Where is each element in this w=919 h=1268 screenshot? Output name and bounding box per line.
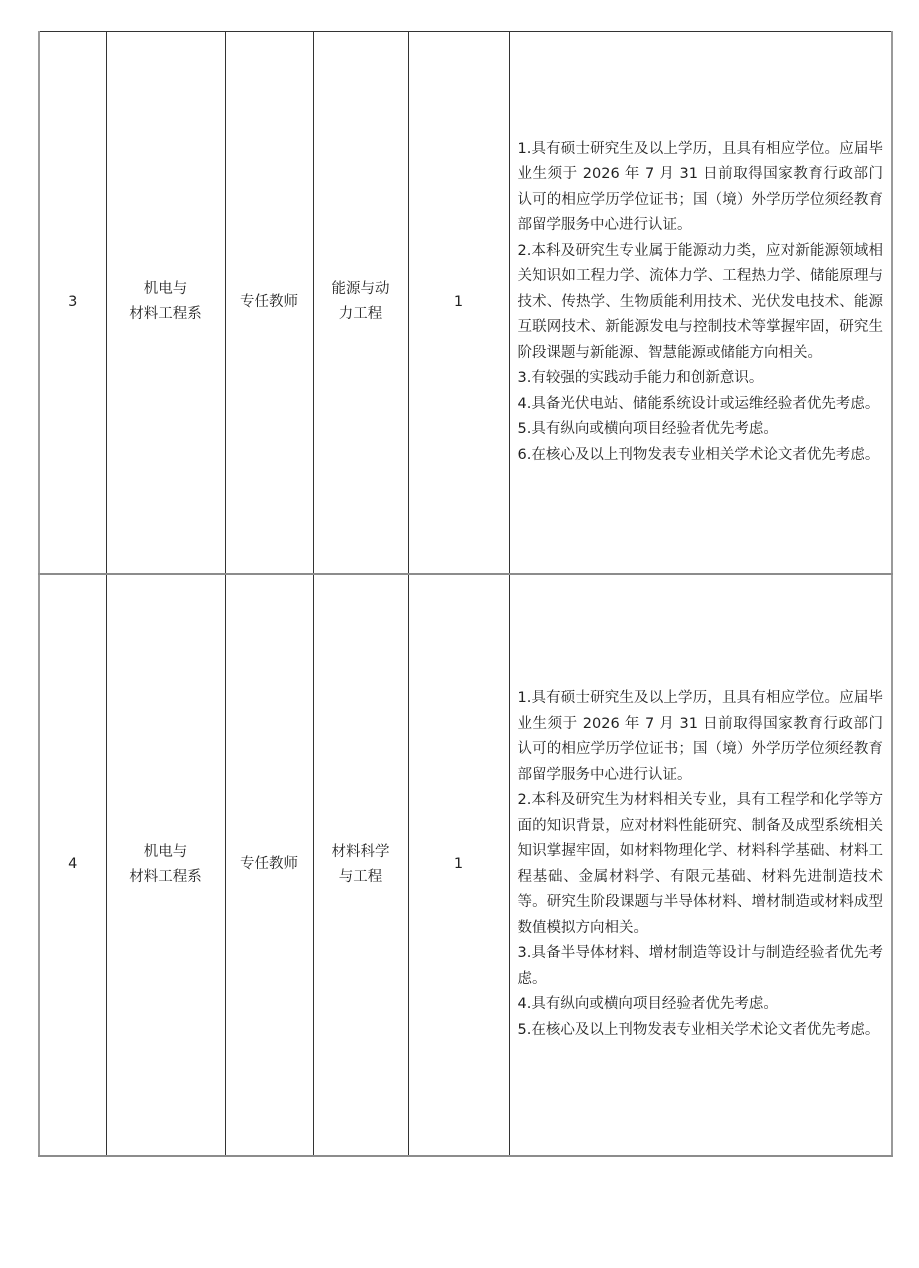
major-line: 力工程 (314, 302, 408, 327)
position-cell: 专任教师 (225, 32, 313, 574)
position-cell: 专任教师 (225, 574, 313, 1156)
requirement-item: 6.在核心及以上刊物发表专业相关学术论文者优先考虑。 (518, 443, 884, 469)
requirement-item: 2.本科及研究生专业属于能源动力类，应对新能源领域相关知识如工程力学、流体力学、… (518, 239, 884, 367)
requirement-item: 3.有较强的实践动手能力和创新意识。 (518, 366, 884, 392)
major-line: 材料科学 (314, 840, 408, 865)
major-cell: 能源与动 力工程 (313, 32, 408, 574)
requirement-item: 4.具有纵向或横向项目经验者优先考虑。 (518, 992, 884, 1018)
department-line: 机电与 (107, 840, 225, 865)
major-line: 与工程 (314, 865, 408, 890)
major-cell: 材料科学 与工程 (313, 574, 408, 1156)
table-row: 3 机电与 材料工程系 专任教师 能源与动 力工程 1 1.具有硕士研究生及以上… (39, 32, 892, 574)
row-number: 3 (39, 32, 106, 574)
department-cell: 机电与 材料工程系 (106, 574, 225, 1156)
row-number: 4 (39, 574, 106, 1156)
requirement-item: 2.本科及研究生为材料相关专业，具有工程学和化学等方面的知识背景，应对材料性能研… (518, 788, 884, 941)
job-table: 3 机电与 材料工程系 专任教师 能源与动 力工程 1 1.具有硕士研究生及以上… (38, 31, 893, 1157)
department-line: 材料工程系 (107, 302, 225, 327)
headcount-cell: 1 (408, 574, 509, 1156)
department-line: 材料工程系 (107, 865, 225, 890)
requirement-item: 3.具备半导体材料、增材制造等设计与制造经验者优先考虑。 (518, 941, 884, 992)
headcount-cell: 1 (408, 32, 509, 574)
requirements-cell: 1.具有硕士研究生及以上学历，且具有相应学位。应届毕业生须于 2026 年 7 … (509, 32, 892, 574)
requirement-item: 4.具备光伏电站、储能系统设计或运维经验者优先考虑。 (518, 392, 884, 418)
requirement-item: 5.在核心及以上刊物发表专业相关学术论文者优先考虑。 (518, 1018, 884, 1044)
department-line: 机电与 (107, 277, 225, 302)
requirements-cell: 1.具有硕士研究生及以上学历，且具有相应学位。应届毕业生须于 2026 年 7 … (509, 574, 892, 1156)
department-cell: 机电与 材料工程系 (106, 32, 225, 574)
major-line: 能源与动 (314, 277, 408, 302)
requirement-item: 5.具有纵向或横向项目经验者优先考虑。 (518, 417, 884, 443)
table-row: 4 机电与 材料工程系 专任教师 材料科学 与工程 1 1.具有硕士研究生及以上… (39, 574, 892, 1156)
requirement-item: 1.具有硕士研究生及以上学历，且具有相应学位。应届毕业生须于 2026 年 7 … (518, 686, 884, 788)
requirement-item: 1.具有硕士研究生及以上学历，且具有相应学位。应届毕业生须于 2026 年 7 … (518, 137, 884, 239)
